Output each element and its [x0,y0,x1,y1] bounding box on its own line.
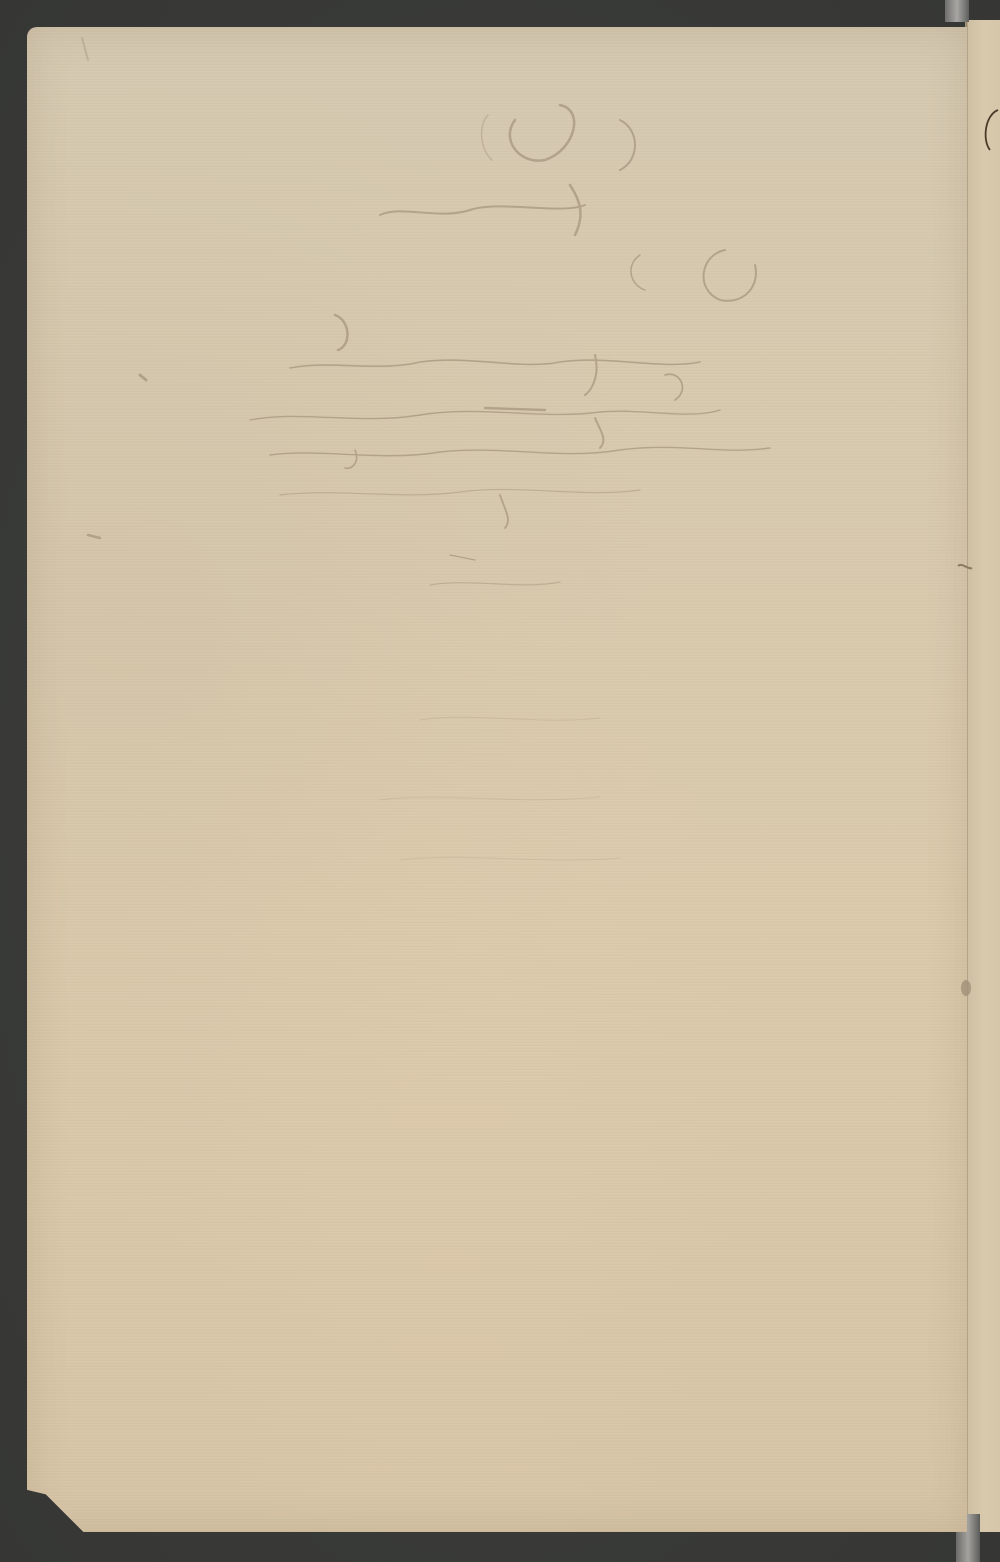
facing-page-edge [968,20,1000,1532]
manuscript-page [27,27,967,1532]
page-text [27,27,28,28]
binding-tab-top [945,0,969,22]
